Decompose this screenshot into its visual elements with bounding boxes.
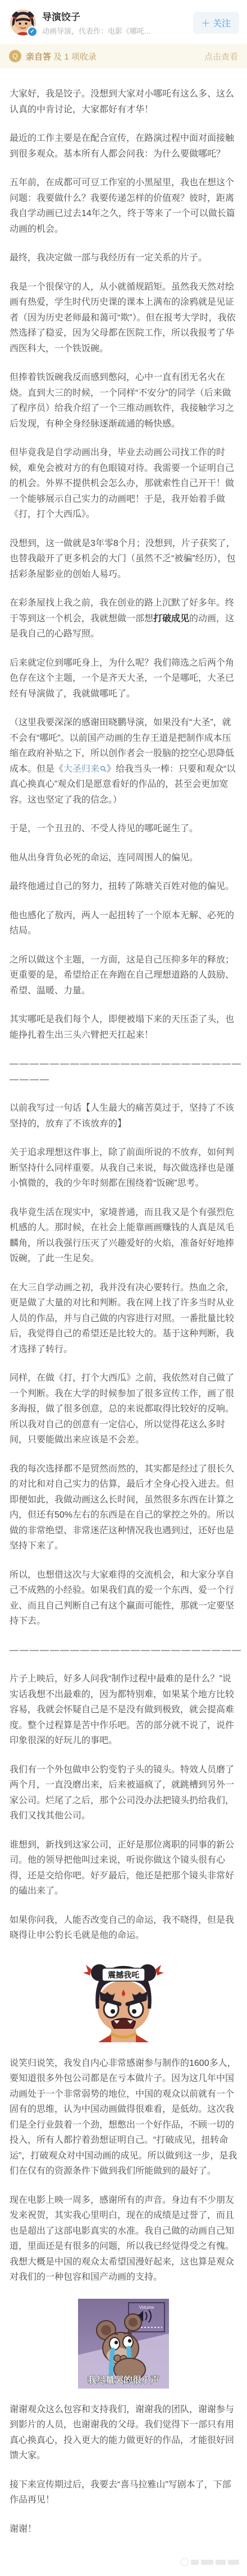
post-paragraph: 最终，我决定做一部与我经历有一定关系的片子。 <box>10 250 237 266</box>
movie-link-text: 大圣归来 <box>63 764 99 774</box>
dash-divider: ——————————————————————— <box>10 1643 237 1658</box>
qa-banner-highlight: 亲自答 <box>26 52 51 62</box>
post-paragraph: 如果你问我，人能否改变自己的命运，我不晓得，但是我晓得让申公豹长毛就是他的命运。 <box>10 1913 237 1944</box>
post-paragraph: 片子上映后，好多人问我“制作过程中最难的是什么？”说实话我想不出最难的，因为都特… <box>10 1671 237 1749</box>
qa-banner-view-link[interactable]: 点击查看 <box>204 51 238 62</box>
post-card: ✓ 导演饺子 动画导演，代表作：电影《哪吒... ＋ 关注 Q 亲自答 及 1 … <box>0 0 247 2576</box>
post-paragraph: 他从出身背负必死的命运，连同周围人的偏见。 <box>10 850 237 866</box>
post-paragraph: 现在电影上映一周多，感谢所有的声音。身边有不少朋友发来祝贺，其实我心里明白，现在… <box>10 2193 237 2285</box>
post-paragraph: 谢谢观众这么包容和支持我们，谢谢我的团队，谢谢参与到影片的人员，也谢谢我的父母。… <box>10 2402 237 2464</box>
qa-banner-text: 亲自答 及 1 项收录 <box>26 51 204 62</box>
qa-banner-rest: 及 1 项收录 <box>51 52 97 62</box>
verified-badge-icon: ✓ <box>27 26 38 37</box>
post-paragraph: 大家好，我是饺子。没想到大家对小哪吒有这么多、这么认真的中肯讨论，大家都好有才华… <box>10 86 237 117</box>
post-paragraph: 所以，也想借这次与大家难得的交流机会，和大家分享自己不成熟的小经验。如果我们真的… <box>10 1567 237 1629</box>
movie-link[interactable]: 大圣归来 <box>63 764 107 774</box>
post-paragraph: 说笑归说笑，我发自内心非常感谢参与制作的1600多人，要知道很多外包公司都是在亏… <box>10 2056 237 2179</box>
post-paragraph: 我是一个很保守的人，从小就循规蹈矩。虽然我天然对绘画有热爱，学生时代历史课的课本… <box>10 279 237 357</box>
post-paragraph: 其实哪吒是我们每个人，即便被塌下来的天压歪了头，也能挣扎着生出三头六臂把天扛起来… <box>10 1012 237 1043</box>
post-paragraph: 于是，一个丑丑的、不受人待见的哪吒诞生了。 <box>10 821 237 837</box>
post-paragraph: （这里我要深深的感谢田晓鹏导演，如果没有“大圣”，就不会有“哪吒”。以前国产动画… <box>10 715 237 808</box>
post-paragraph: 他也感化了敖丙，两人一起扭转了一个原本无解、必死的结局。 <box>10 908 237 939</box>
follow-button[interactable]: ＋ 关注 <box>193 12 239 34</box>
watermark-logo-icon <box>181 2558 189 2566</box>
post-paragraph: 我们有一个外包做申公豹变豹子头的镜头。特效人员磨了两个月，一直没磨出来，后来被逼… <box>10 1762 237 1824</box>
crying-jerry-meme-image[interactable]: Volume 我尽量哭的很小声 <box>78 2299 169 2389</box>
post-header: ✓ 导演饺子 动画导演，代表作：电影《哪吒... ＋ 关注 <box>0 0 247 39</box>
svg-text:我尽量哭的很小声: 我尽量哭的很小声 <box>88 2375 159 2385</box>
post-paragraph: 接下来宣传期过后，我要去“喜马拉雅山”写剧本了，下部作品再见！ <box>10 2477 237 2508</box>
post-paragraph: 五年前，在成都可可豆工作室的小黑屋里，我也在想这个问题：我要做什么？我要传递怎样… <box>10 175 237 237</box>
post-paragraph: 我的每次选择都不是贸然而然的，其实都是经过了很长久的对比和对自己实力的估算，最后… <box>10 1461 237 1554</box>
post-paragraph: 以前我写过一句话【人生最大的痛苦莫过于，坚持了不该坚持的，放弃了不该放弃的】 <box>10 1101 237 1131</box>
nezha-meme-image[interactable]: 震撼我吒 <box>79 1957 168 2042</box>
post-paragraph: 谁想到，新找到这家公司，正好是那位离职的同事的新公司。他的领导把他叫过来说，听说… <box>10 1837 237 1899</box>
qa-medal-icon: Q <box>9 50 21 62</box>
user-description: 动画导演，代表作：电影《哪吒... <box>42 25 193 36</box>
watermark <box>0 2556 247 2576</box>
post-paragraph: 但捧着铁饭碗我反而感到憋闷，心中一直有团无名火在烧。直到大三的时候，一个同样“不… <box>10 370 237 432</box>
post-paragraph: 没想到，这一做就是3年零8个月；没想到，片子获奖了，也替我敲开了更多机会的大门（… <box>10 536 237 583</box>
post-paragraph: 后来就定位到哪吒身上，为什么呢？我们筛选之后两个角色存在这个主题，一个是齐天大圣… <box>10 656 237 702</box>
svg-text:Volume: Volume <box>139 2305 154 2310</box>
post-paragraph: 我毕竟生活在现实中，家境普通，而且我又是个有强烈危机感的人。那时候，在社会上能靠… <box>10 1205 237 1267</box>
post-paragraph: 关于追求理想这件事上，除了前面所说的不放弃，如何判断坚持什么同样重要。从我自己来… <box>10 1145 237 1191</box>
bold-text: 打破成见 <box>153 614 189 624</box>
post-paragraph: 最终他通过自己的努力，扭转了陈塘关百姓对他的偏见。 <box>10 879 237 895</box>
dash-divider: ——————————————————————————— <box>10 1056 237 1087</box>
user-meta: 导演饺子 动画导演，代表作：电影《哪吒... <box>42 9 193 36</box>
svg-text:震撼我吒: 震撼我吒 <box>108 1970 139 1979</box>
post-body: 大家好，我是饺子。没想到大家对小哪吒有这么多、这么认真的中肯讨论，大家都好有才华… <box>0 68 247 2556</box>
post-paragraph: 同样，在做《打，打个大西瓜》之前，我依然对自己做了一个判断。我在大学的时候参加了… <box>10 1370 237 1448</box>
user-name[interactable]: 导演饺子 <box>42 9 193 23</box>
post-paragraph: 最近的工作主要是在配合宣传，在路演过程中面对面接触到很多观众。基本所有人都会问我… <box>10 131 237 162</box>
post-paragraph: 谢谢！ <box>10 2522 237 2537</box>
post-paragraph: 但毕竟我是自学动画出身，毕业去动画公司找工作的时候，难免会被对方的有色眼镜对待。… <box>10 445 237 522</box>
avatar[interactable]: ✓ <box>10 10 36 35</box>
post-paragraph: 在大三自学动画之初，我并没有决心要转行。热血之余，更是做了大量的对比和判断。我在… <box>10 1280 237 1358</box>
post-paragraph: 之所以做这个主题，一方面，这是自己压抑多年的释放；更重要的是，希望给正在奔跑在自… <box>10 952 237 999</box>
qa-banner[interactable]: Q 亲自答 及 1 项收录 点击查看 <box>0 44 247 68</box>
post-paragraph: 在彩条屋找上我之前，我在创业的路上沉默了好多年。终于等到这一个机会，我就想做一部… <box>10 595 237 642</box>
search-icon <box>100 766 107 772</box>
